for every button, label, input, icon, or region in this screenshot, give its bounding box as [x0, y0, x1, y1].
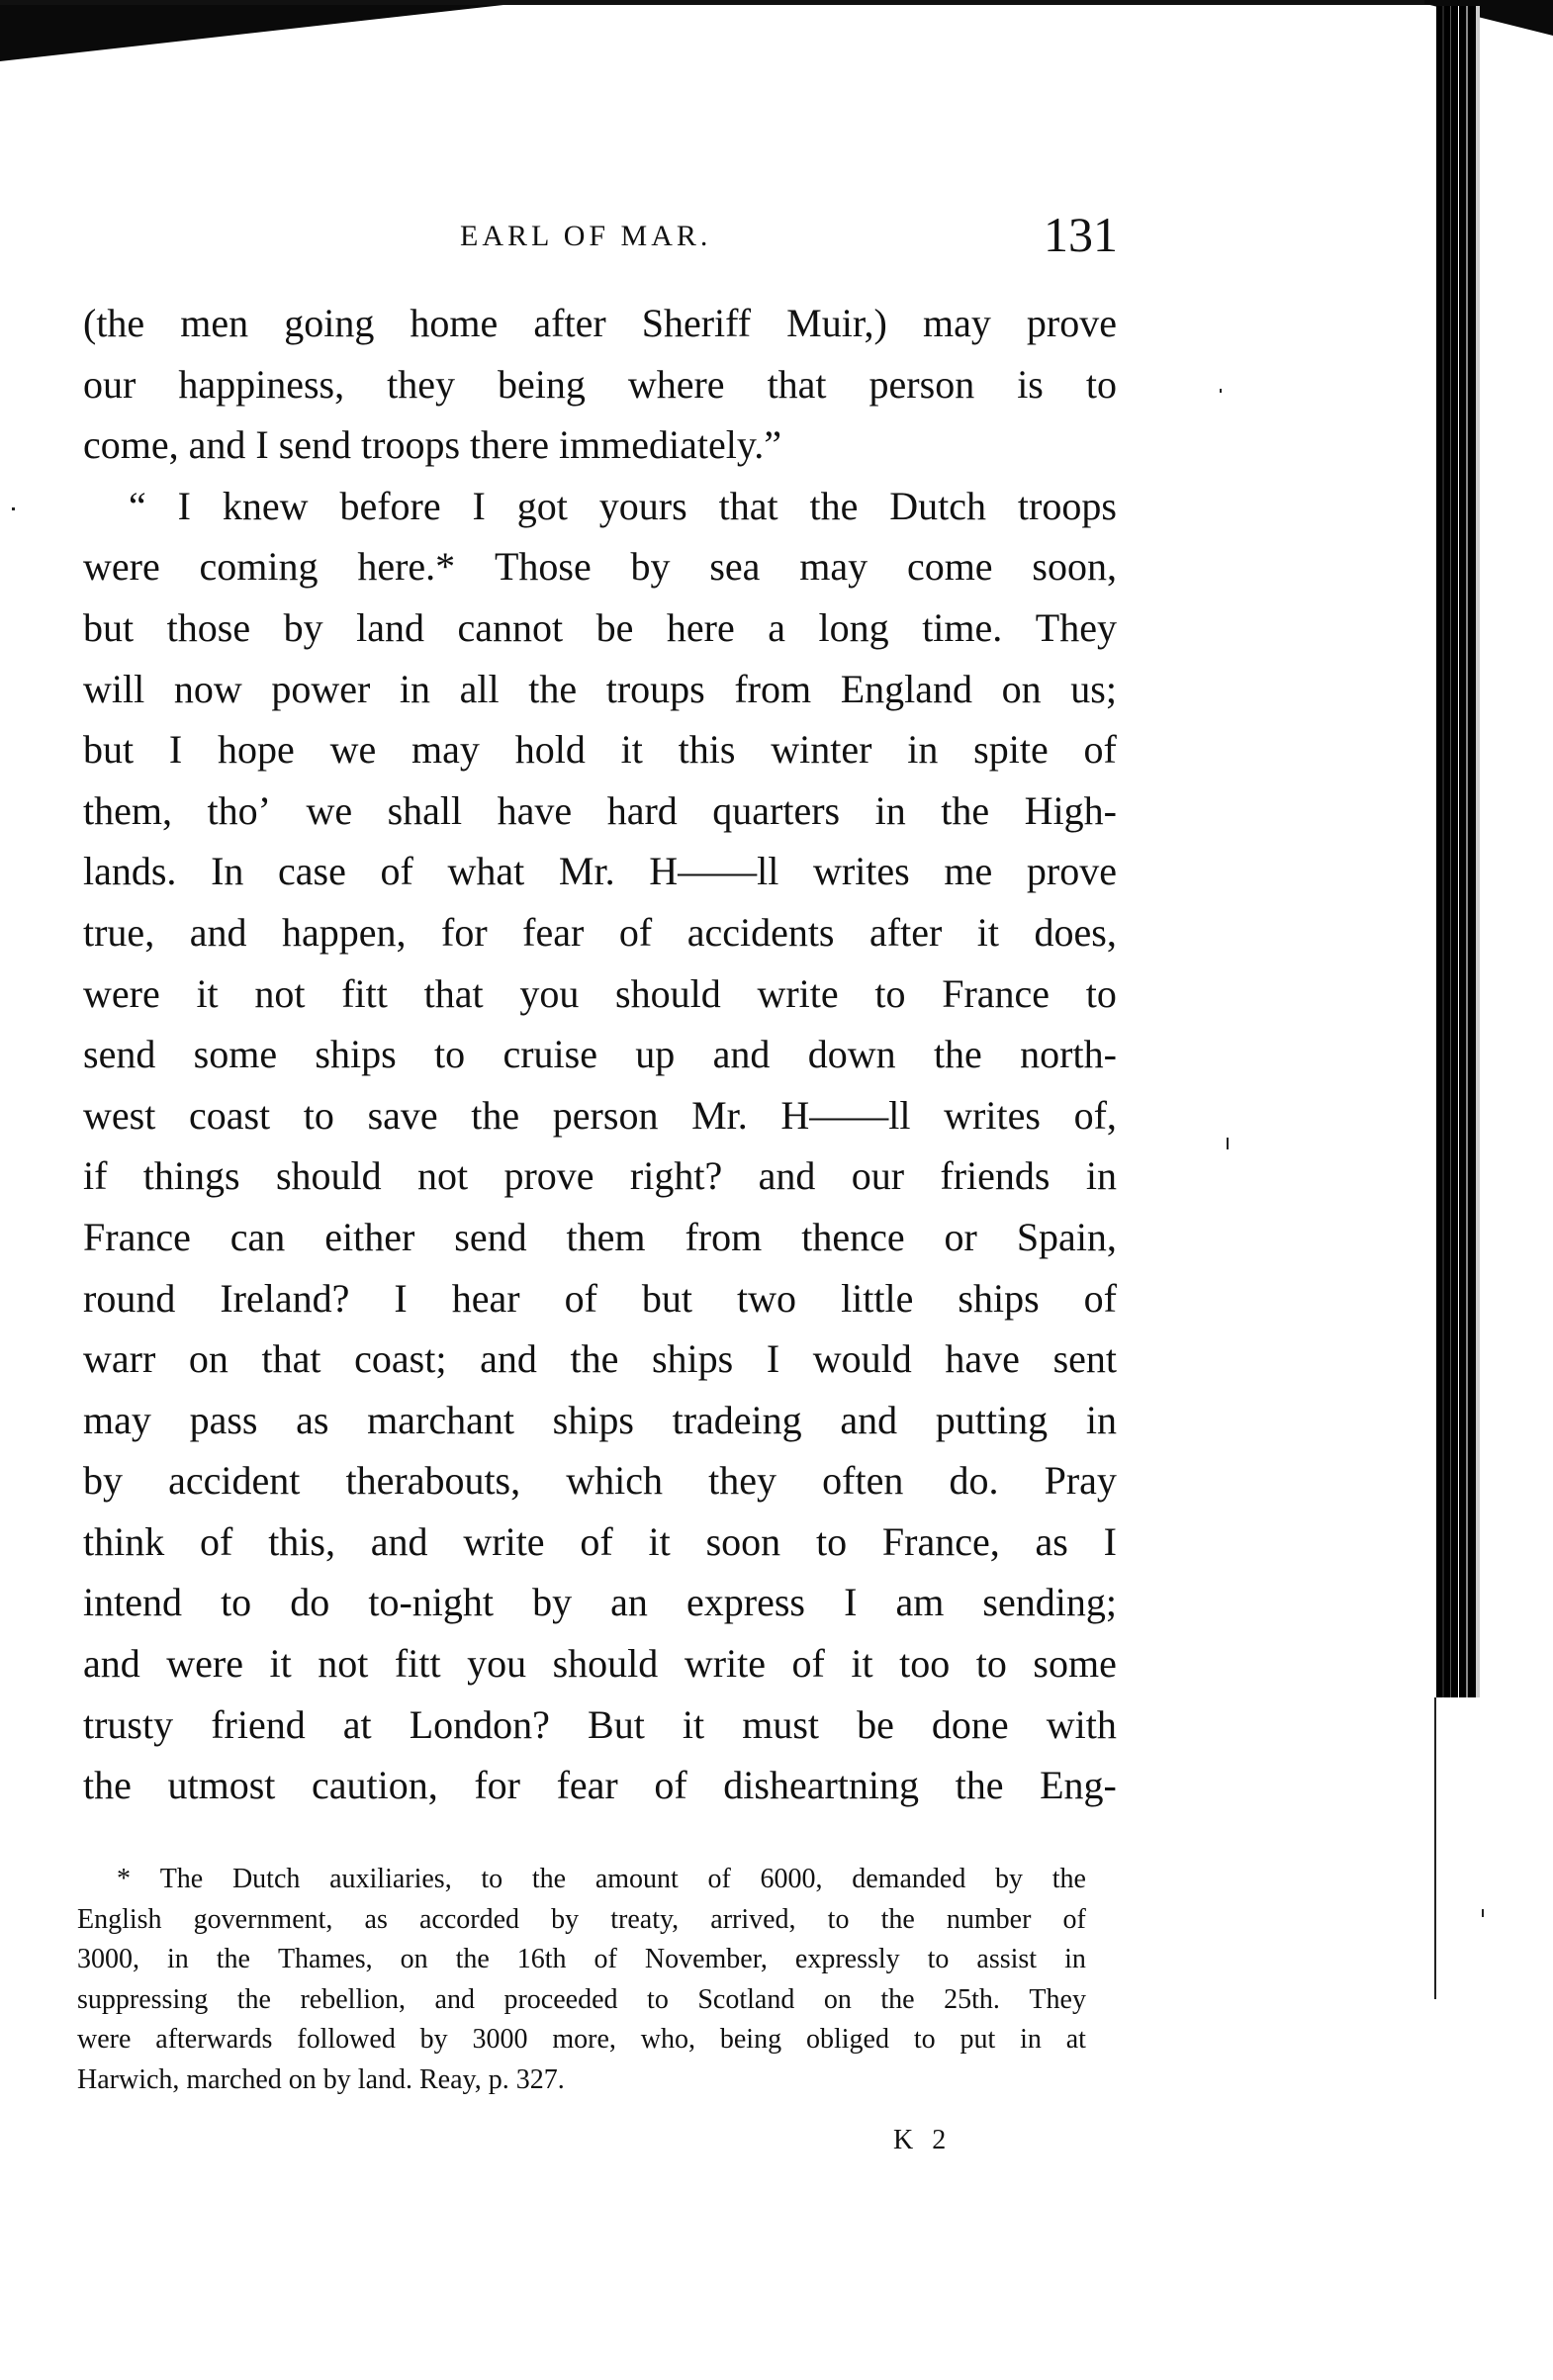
word: in [907, 719, 938, 780]
word: fear [557, 1755, 618, 1816]
word: afterwards [155, 2020, 272, 2060]
scan-speck [1227, 1138, 1229, 1149]
word: on [824, 1980, 852, 2021]
word: to [976, 1633, 1007, 1694]
word: send [454, 1207, 526, 1268]
word: I [473, 476, 486, 537]
word: Dutch [889, 476, 986, 537]
word: obliged [806, 2020, 889, 2060]
word: for [441, 902, 488, 963]
text-line: butIhopewemayholditthiswinterinspiteof [83, 719, 1117, 780]
word: send [83, 1024, 155, 1085]
word: auxiliaries, [329, 1860, 452, 1900]
word: the [83, 1755, 132, 1816]
word: them, [83, 780, 172, 842]
word: little [841, 1268, 913, 1329]
word: I [169, 719, 182, 780]
word: of [1084, 1268, 1117, 1329]
word: come [907, 536, 993, 597]
word: ships [652, 1328, 733, 1390]
word: lands. [83, 841, 176, 902]
word: hold [515, 719, 586, 780]
word: may [83, 1390, 151, 1451]
word: France [83, 1207, 191, 1268]
word: in [1086, 1145, 1117, 1207]
word: intend [83, 1572, 182, 1633]
word: an [610, 1572, 648, 1633]
word: fear [522, 902, 584, 963]
book-page-edges [1436, 6, 1480, 1697]
footnote-line: Englishgovernment,asaccordedbytreaty,arr… [77, 1900, 1086, 1941]
word: our [852, 1145, 904, 1207]
word: troops [1018, 476, 1117, 537]
word: write [685, 1633, 766, 1694]
word: coast [189, 1085, 270, 1146]
word: but [83, 719, 134, 780]
word: here [667, 597, 735, 659]
word: by [551, 1900, 579, 1941]
word: the [217, 1940, 250, 1980]
word: 6000, [761, 1860, 823, 1900]
word: “ [129, 476, 146, 537]
word: not [254, 963, 305, 1025]
scan-shadow-top-left [0, 0, 514, 61]
text-line: (themengoinghomeafterSheriffMuir,)maypro… [83, 293, 1117, 354]
word: on [189, 1328, 228, 1390]
word: it [196, 963, 218, 1025]
word: disheartning [723, 1755, 919, 1816]
word: either [324, 1207, 414, 1268]
word: it [851, 1633, 872, 1694]
word: fitt [395, 1633, 441, 1694]
word: right? [630, 1145, 722, 1207]
word: to [928, 1940, 950, 1980]
word: assist [976, 1940, 1037, 1980]
word: here.* [357, 536, 455, 597]
word: of [1084, 719, 1117, 780]
word: prove [1027, 293, 1117, 354]
word: done [932, 1694, 1009, 1756]
word: we [330, 719, 377, 780]
word: number [947, 1900, 1032, 1941]
word: the [456, 1940, 490, 1980]
word: warr [83, 1328, 155, 1390]
footnote-line: *TheDutchauxiliaries,totheamountof6000,d… [77, 1860, 1086, 1900]
word: sent [1053, 1328, 1117, 1390]
footnote-line: wereafterwardsfollowedby3000more,who,bei… [77, 2020, 1086, 2060]
footnote-line: 3000,intheThames,onthe16thofNovember,exp… [77, 1940, 1086, 1980]
word: down [808, 1024, 896, 1085]
word: that [719, 476, 778, 537]
word: some [194, 1024, 277, 1085]
word: a [768, 597, 785, 659]
word: (the [83, 293, 144, 354]
word: by [995, 1860, 1023, 1900]
word: to [816, 1511, 847, 1573]
word: this, [268, 1511, 335, 1573]
word: who, [641, 2020, 695, 2060]
word: those [167, 597, 250, 659]
word: happiness, [178, 354, 344, 415]
word: Ireland? [220, 1268, 349, 1329]
text-line: “IknewbeforeIgotyoursthattheDutchtroops [83, 476, 1117, 537]
scan-speck [1220, 389, 1222, 393]
text-line: willnowpowerinallthetroupsfromEnglandonu… [83, 659, 1117, 720]
body-text: (themengoinghomeafterSheriffMuir,)maypro… [83, 293, 1117, 1816]
word: I [844, 1572, 857, 1633]
word: to [1086, 354, 1117, 415]
word: the [934, 1024, 982, 1085]
word: hard [607, 780, 678, 842]
word: true, [83, 902, 154, 963]
word: on [401, 1940, 428, 1980]
word: land [356, 597, 424, 659]
word: 3000, [77, 1940, 139, 1980]
word: writes [813, 841, 910, 902]
word: to-night [368, 1572, 494, 1633]
word: I [767, 1328, 779, 1390]
word: ships [315, 1024, 396, 1085]
word: of [1063, 1900, 1086, 1941]
word: will [83, 659, 144, 720]
word: Mr. [691, 1085, 748, 1146]
word: after [869, 902, 942, 963]
word: at [343, 1694, 372, 1756]
word: on [1002, 659, 1042, 720]
word: that [768, 354, 827, 415]
word: our [83, 354, 136, 415]
word: winter [771, 719, 871, 780]
word: Spain, [1017, 1207, 1117, 1268]
word: or [945, 1207, 977, 1268]
word: them [567, 1207, 646, 1268]
word: Dutch [232, 1860, 300, 1900]
word: being [498, 354, 586, 415]
word: followed [297, 2020, 396, 2060]
word: shall [388, 780, 463, 842]
word: me [944, 841, 992, 902]
word: hear [452, 1268, 520, 1329]
text-line: lands.IncaseofwhatMr.H——llwritesmeprove [83, 841, 1117, 902]
word: be [857, 1694, 894, 1756]
word: to [828, 1900, 850, 1941]
word: things [143, 1145, 240, 1207]
word: more, [552, 2020, 616, 2060]
word: Eng- [1040, 1755, 1117, 1816]
footnote: *TheDutchauxiliaries,totheamountof6000,d… [77, 1860, 1086, 2100]
text-line: werecominghere.*Thosebyseamaycomesoon, [83, 536, 1117, 597]
word: treaty, [610, 1900, 679, 1941]
word: coming [200, 536, 319, 597]
word: spite [973, 719, 1049, 780]
word: in [1020, 2020, 1042, 2060]
word: to [221, 1572, 251, 1633]
scan-speck [1482, 1909, 1484, 1917]
word: expressly [795, 1940, 900, 1980]
word: England [841, 659, 972, 720]
word: case [278, 841, 346, 902]
word: we [306, 780, 352, 842]
word: rebellion, [300, 1980, 406, 2021]
word: The [160, 1860, 204, 1900]
word: it [621, 719, 643, 780]
word: 16th [517, 1940, 567, 1980]
word: High- [1025, 780, 1117, 842]
word: ships [958, 1268, 1039, 1329]
word: and [190, 902, 247, 963]
word: quarters [712, 780, 840, 842]
word: the [880, 1980, 914, 2021]
text-line: theutmostcaution,forfearofdisheartningth… [83, 1755, 1117, 1816]
word: I [1104, 1511, 1117, 1573]
word: what [447, 841, 524, 902]
word: of [381, 841, 413, 902]
word: the [570, 1328, 618, 1390]
word: think [83, 1511, 164, 1573]
word: suppressing [77, 1980, 208, 2021]
word: government, [194, 1900, 333, 1941]
word: coast; [354, 1328, 446, 1390]
word: it [270, 1633, 292, 1694]
word: by [284, 597, 323, 659]
word: before [339, 476, 440, 537]
word: soon, [1032, 536, 1117, 597]
word: some [1033, 1633, 1116, 1694]
word: have [945, 1328, 1020, 1390]
word: of [565, 1268, 597, 1329]
word: of [619, 902, 652, 963]
text-line: butthosebylandcannotbeherealongtime.They [83, 597, 1117, 659]
text-line: sendsomeshipstocruiseupanddownthenorth- [83, 1024, 1117, 1085]
text-line: come, and I send troops there immediatel… [83, 414, 1117, 476]
word: troups [606, 659, 705, 720]
word: I [394, 1268, 407, 1329]
word: utmost [167, 1755, 275, 1816]
word: cannot [458, 597, 564, 659]
word: long [819, 597, 889, 659]
word: the [237, 1980, 271, 2021]
word: the [881, 1900, 915, 1941]
word: 25th. [944, 1980, 1000, 2021]
word: arrived, [710, 1900, 795, 1941]
word: not [417, 1145, 468, 1207]
text-line: them,tho’weshallhavehardquartersintheHig… [83, 780, 1117, 842]
word: of [580, 1511, 612, 1573]
word: you [519, 963, 579, 1025]
word: they [387, 354, 455, 415]
word: Muir,) [786, 293, 887, 354]
word: cruise [502, 1024, 597, 1085]
word: but [83, 597, 134, 659]
word: at [1066, 2020, 1086, 2060]
word: to [874, 963, 905, 1025]
word: now [174, 659, 242, 720]
word: should [276, 1145, 382, 1207]
word: in [1086, 1390, 1117, 1451]
word: by [532, 1572, 572, 1633]
word: sea [709, 536, 760, 597]
word: knew [223, 476, 309, 537]
word: prove [503, 1145, 594, 1207]
word: by [83, 1450, 123, 1511]
word: pass [190, 1390, 258, 1451]
word: H——ll [780, 1085, 910, 1146]
word: the [528, 659, 577, 720]
word: and [840, 1390, 897, 1451]
word: and [713, 1024, 771, 1085]
word: and [480, 1328, 537, 1390]
word: marchant [367, 1390, 514, 1451]
word: were [77, 2020, 131, 2060]
word: putting [936, 1390, 1048, 1451]
word: not [318, 1633, 368, 1694]
word: soon [706, 1511, 781, 1573]
word: with [1047, 1694, 1117, 1756]
word: the [532, 1860, 566, 1900]
word: I [178, 476, 191, 537]
word: in [167, 1940, 189, 1980]
word: * [117, 1860, 131, 1900]
word: may [799, 536, 868, 597]
word: have [498, 780, 573, 842]
word: the [809, 476, 858, 537]
word: should [615, 963, 721, 1025]
word: hope [218, 719, 295, 780]
text-line: wereitnotfittthatyoushouldwritetoFrancet… [83, 963, 1117, 1025]
text-line: maypassasmarchantshipstradeingandputting… [83, 1390, 1117, 1451]
footnote-line: Harwich, marched on by land. Reay, p. 32… [77, 2060, 1086, 2101]
signature-mark: K 2 [893, 2125, 952, 2156]
word: London? [410, 1694, 550, 1756]
word: to [434, 1024, 465, 1085]
word: and [371, 1511, 428, 1573]
word: they [708, 1450, 776, 1511]
word: express [686, 1572, 805, 1633]
word: the [941, 780, 989, 842]
word: friends [940, 1145, 1050, 1207]
word: the [471, 1085, 519, 1146]
word: Scotland [697, 1980, 794, 2021]
word: write [757, 963, 838, 1025]
word: does, [1035, 902, 1117, 963]
text-line: ourhappiness,theybeingwherethatpersonist… [83, 354, 1117, 415]
text-line: true,andhappen,forfearofaccidentsafterit… [83, 902, 1117, 963]
word: proceeded [503, 1980, 617, 2021]
word: accorded [419, 1900, 519, 1941]
word: of [792, 1633, 825, 1694]
word: to [1086, 963, 1117, 1025]
word: tho’ [208, 780, 271, 842]
word: time. [922, 597, 1002, 659]
word: up [635, 1024, 675, 1085]
word: Sheriff [642, 293, 751, 354]
word: this [679, 719, 736, 780]
word: the [1052, 1860, 1086, 1900]
word: sending; [982, 1572, 1117, 1633]
running-head: EARL OF MAR. [460, 220, 711, 253]
word: happen, [282, 902, 407, 963]
word: in [875, 780, 906, 842]
word: of [200, 1511, 232, 1573]
word: from [734, 659, 811, 720]
text-line: andwereitnotfittyoushouldwriteofittootos… [83, 1633, 1117, 1694]
word: can [230, 1207, 286, 1268]
word: too [899, 1633, 950, 1694]
word: by [420, 2020, 448, 2060]
text-line: intendtodoto-nightbyanexpressIamsending; [83, 1572, 1117, 1633]
word: as [1036, 1511, 1068, 1573]
word: thence [801, 1207, 904, 1268]
word: as [296, 1390, 328, 1451]
word: and [435, 1980, 475, 2021]
word: ships [553, 1390, 634, 1451]
word: am [895, 1572, 944, 1633]
word: trusty [83, 1694, 173, 1756]
word: is [1017, 354, 1044, 415]
word: all [460, 659, 500, 720]
word: it [683, 1694, 704, 1756]
word: two [737, 1268, 796, 1329]
word: France [942, 963, 1050, 1025]
word: But [588, 1694, 645, 1756]
word: to [914, 2020, 936, 2060]
scan-edge-top [0, 0, 1434, 5]
word: were [83, 536, 160, 597]
word: home [410, 293, 498, 354]
word: accident [168, 1450, 300, 1511]
word: person [553, 1085, 659, 1146]
word: may [411, 719, 480, 780]
text-line: FrancecaneithersendthemfromthenceorSpain… [83, 1207, 1117, 1268]
word: were [166, 1633, 243, 1694]
word: north- [1020, 1024, 1117, 1085]
word: that [262, 1328, 321, 1390]
text-line: ifthingsshouldnotproveright?andourfriend… [83, 1145, 1117, 1207]
word: got [517, 476, 568, 537]
text-line: trustyfriendatLondon?Butitmustbedonewith [83, 1694, 1117, 1756]
word: writes [944, 1085, 1041, 1146]
word: Mr. [559, 841, 615, 902]
word: They [1036, 597, 1117, 659]
scan-speck [12, 507, 15, 510]
word: for [474, 1755, 520, 1816]
word: of [708, 1860, 731, 1900]
text-line: thinkofthis,andwriteofitsoontoFrance,asI [83, 1511, 1117, 1573]
word: In [211, 841, 243, 902]
word: it [649, 1511, 671, 1573]
word: west [83, 1085, 155, 1146]
page-edge-line [1434, 1697, 1436, 1999]
word: of [594, 1940, 617, 1980]
word: do [290, 1572, 329, 1633]
word: Pray [1045, 1450, 1117, 1511]
word: to [647, 1980, 669, 2021]
word: Those [495, 536, 592, 597]
word: friend [211, 1694, 306, 1756]
word: Thames, [278, 1940, 373, 1980]
word: put [959, 2020, 995, 2060]
word: France, [882, 1511, 1000, 1573]
word: you [467, 1633, 526, 1694]
word: the [956, 1755, 1004, 1816]
word: save [368, 1085, 438, 1146]
footnote-line: suppressingtherebellion,andproceededtoSc… [77, 1980, 1086, 2021]
word: being [720, 2020, 781, 2060]
word: should [553, 1633, 659, 1694]
word: men [180, 293, 248, 354]
word: if [83, 1145, 107, 1207]
word: in [1064, 1940, 1086, 1980]
